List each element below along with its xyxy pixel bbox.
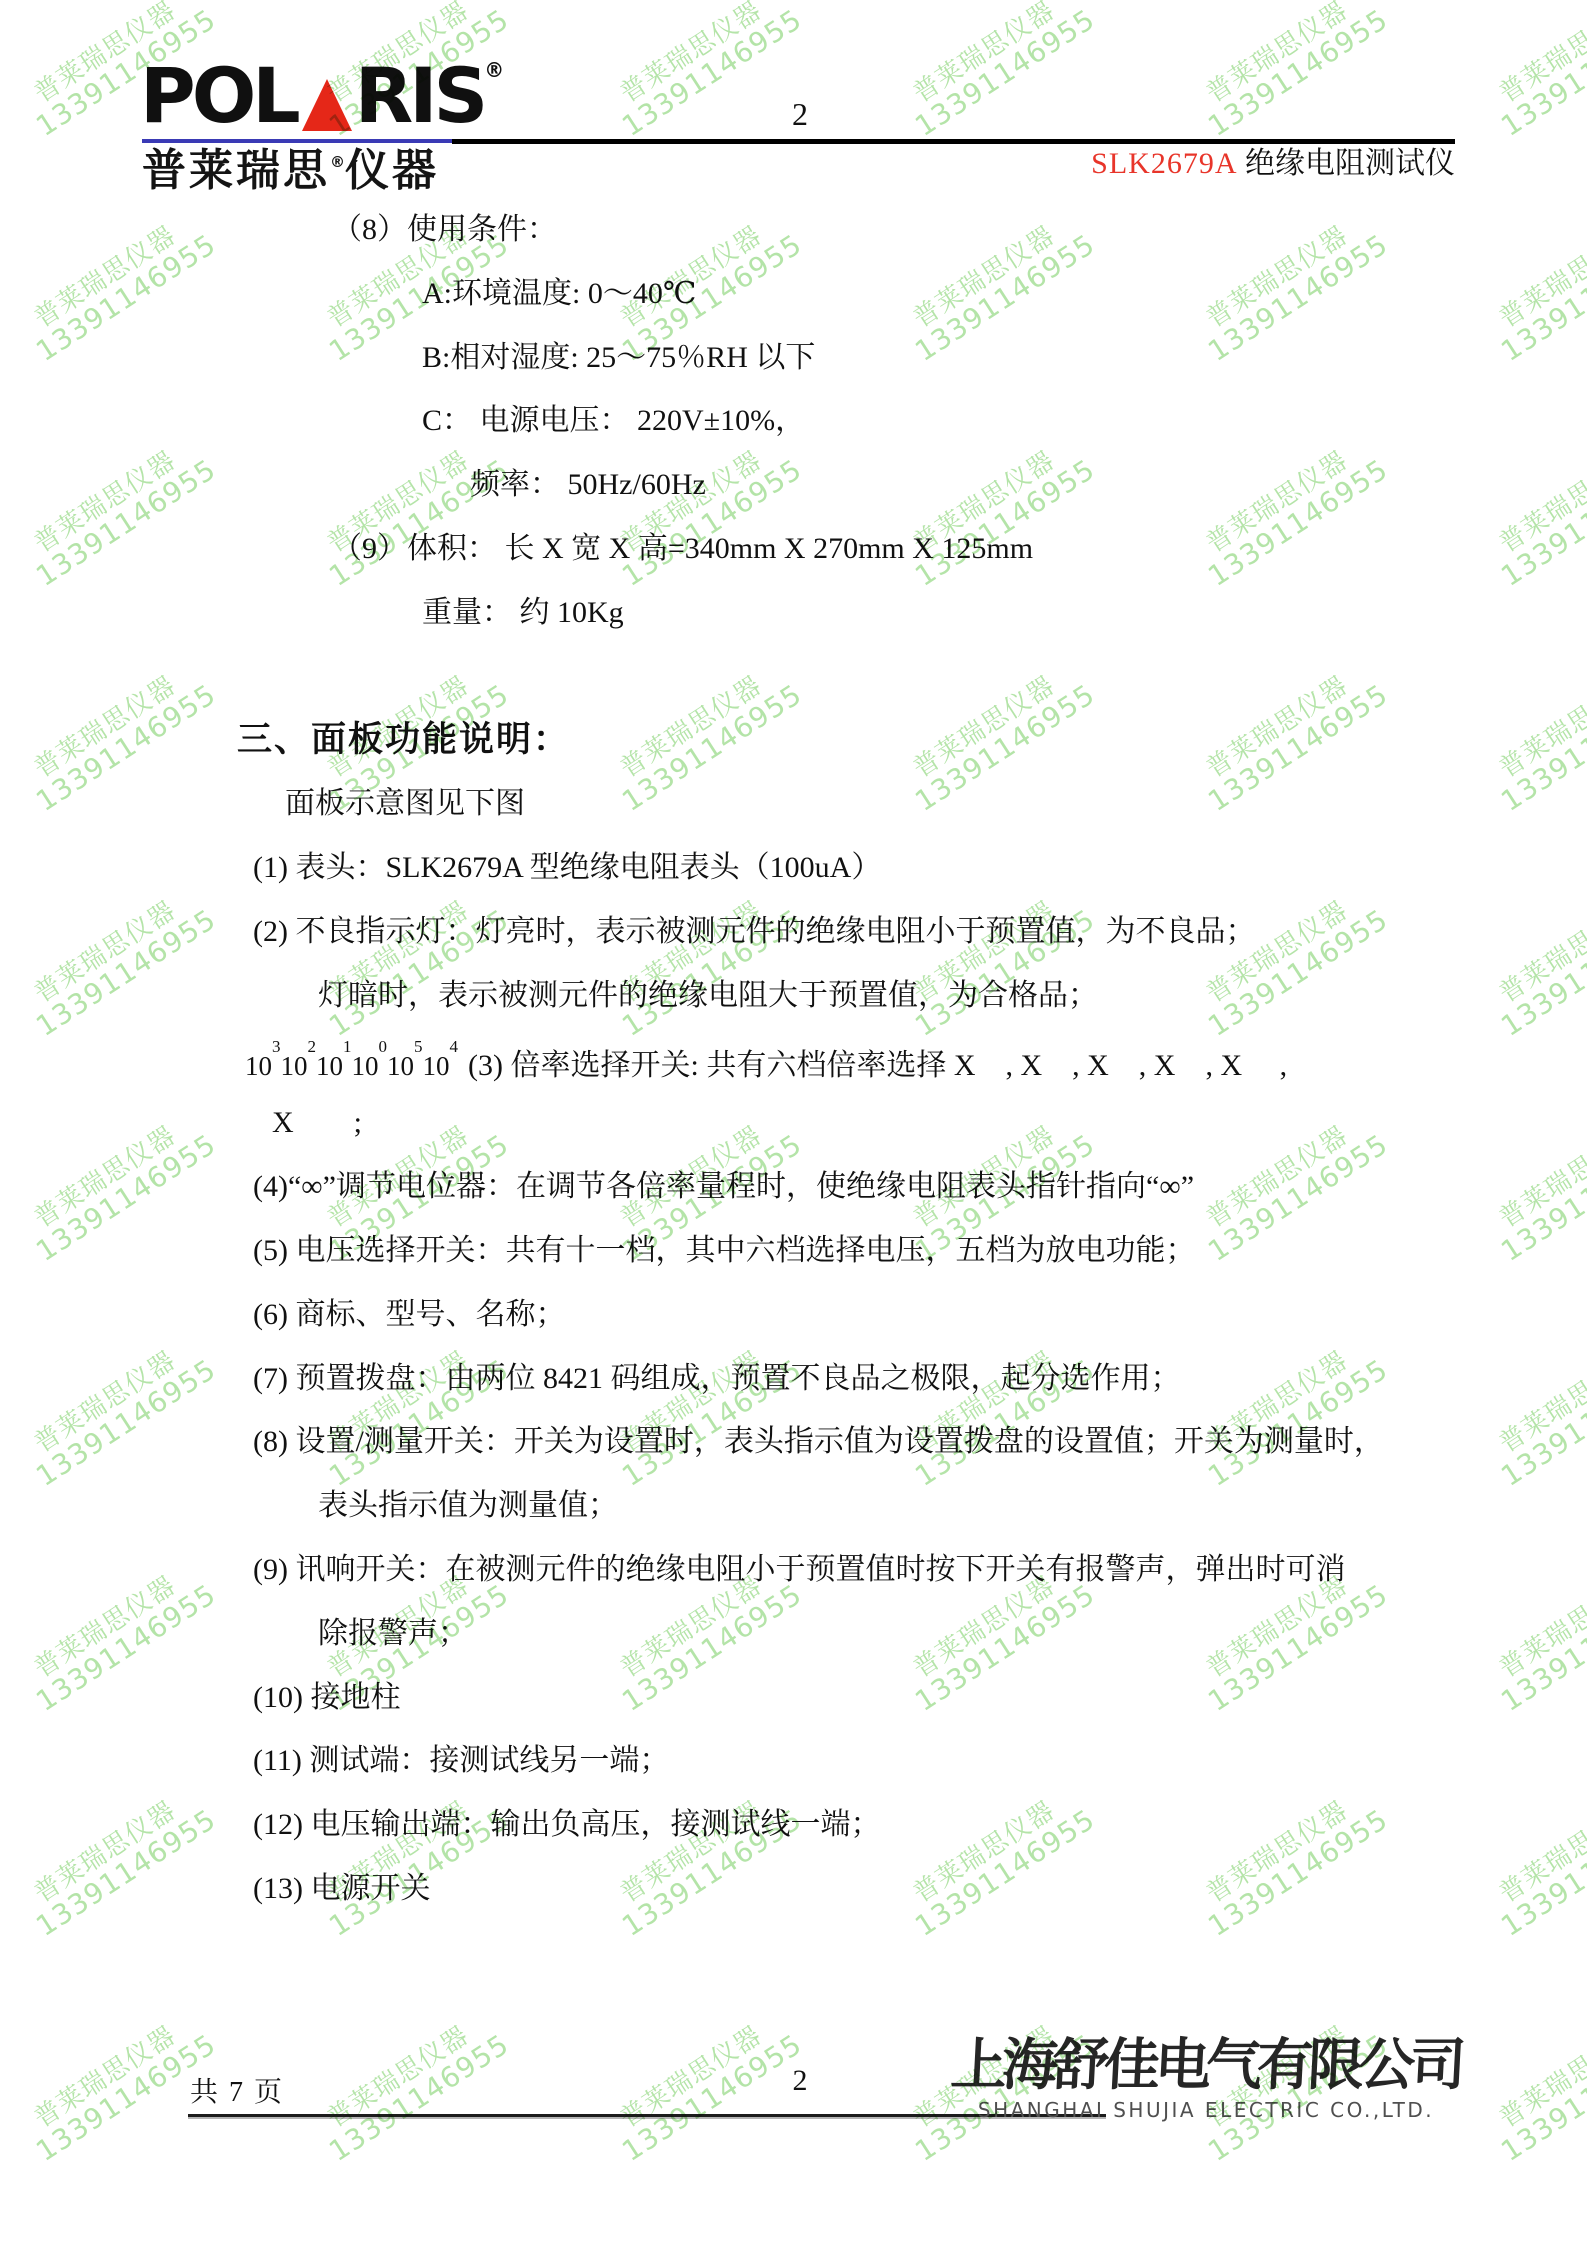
text-line: (1) 表头：SLK2679A 型绝缘电阻表头（100uA） [0, 836, 1587, 900]
text-line: (12) 电压输出端：输出负高压，接测试线一端； [0, 1793, 1587, 1857]
logo-chinese-name: 普莱瑞思®仪器 [142, 147, 439, 195]
text-line: A:环境温度: 0～40℃ [0, 262, 1587, 326]
text-line: (7) 预置拨盘：由两位 8421 码组成，预置不良品之极限，起分选作用； [0, 1347, 1587, 1411]
text-line: 重量： 约 10Kg [0, 581, 1587, 645]
logo-text-end: RIS [355, 58, 485, 134]
section-heading: 三、面板功能说明： [0, 709, 1587, 773]
text-line: （8）使用条件： [0, 198, 1587, 262]
text-line: (6) 商标、型号、名称； [0, 1283, 1587, 1347]
text-line: (9) 讯响开关：在被测元件的绝缘电阻小于预置值时按下开关有报警声，弹出时可消 [0, 1538, 1587, 1602]
watermark-stamp: 普莱瑞思仪器13391146955 [323, 2006, 515, 2159]
multiplier-superscripts: 103102101100105104 [245, 1051, 458, 1081]
company-name-english: SHANGHAI SHUJIA ELECTRIC CO.,LTD. [951, 2098, 1461, 2122]
document-body: （8）使用条件：A:环境温度: 0～40℃B:相对湿度: 25～75％RH 以下… [0, 198, 1587, 1921]
text-line: (13) 电源开关 [0, 1857, 1587, 1921]
document-page: POLRIS® 普莱瑞思®仪器 2 SLK2679A 绝缘电阻测试仪 （8）使用… [0, 0, 1587, 2245]
footer-total-pages: 共 7 页 [190, 2070, 284, 2110]
doc-title-text: 绝缘电阻测试仪 [1238, 147, 1456, 180]
model-number: SLK2679A [1091, 147, 1237, 180]
footer-page-number: 2 [770, 2064, 830, 2098]
polaris-logo: POLRIS® [140, 58, 504, 134]
text-line: X ; [0, 1091, 1587, 1155]
text-line: 除报警声； [0, 1602, 1587, 1666]
text-line: 面板示意图见下图 [0, 772, 1587, 836]
text-line: (10) 接地柱 [0, 1666, 1587, 1730]
logo-chinese-bold: 普莱瑞思 [142, 145, 330, 196]
logo-text-start: POL [140, 58, 297, 134]
registered-mark-small: ® [330, 153, 345, 171]
watermark-stamp: 普莱瑞思仪器13391146955 [1495, 2006, 1587, 2159]
text-line: 表头指示值为测量值； [0, 1474, 1587, 1538]
header-page-number: 2 [770, 96, 830, 133]
watermark-stamp: 普莱瑞思仪器13391146955 [1495, 0, 1587, 134]
text-line: （9）体积： 长 X 宽 X 高=340mm X 270mm X 125mm [0, 517, 1587, 581]
text-line: B:相对湿度: 25～75％RH 以下 [0, 326, 1587, 390]
company-name-chinese: 上海舒佳电气有限公司 [950, 2038, 1463, 2094]
text-line: (4)“∞”调节电位器：在调节各倍率量程时，使绝缘电阻表头指针指向“∞” [0, 1155, 1587, 1219]
text-line: 灯暗时，表示被测元件的绝缘电阻大于预置值，为合格品； [0, 964, 1587, 1028]
logo-triangle-icon [302, 79, 352, 131]
logo-chinese-rest: 仪器 [345, 145, 439, 196]
text-line: (2) 不良指示灯：灯亮时，表示被测元件的绝缘电阻小于预置值，为不良品； [0, 900, 1587, 964]
text-line: C： 电源电压： 220V±10%， [0, 389, 1587, 453]
text-line: (8) 设置/测量开关：开关为设置时，表头指示值为设置拨盘的设置值；开关为测量时… [0, 1410, 1587, 1474]
company-logo: 上海舒佳电气有限公司 SHANGHAI SHUJIA ELECTRIC CO.,… [951, 2038, 1461, 2122]
text-line: 频率： 50Hz/60Hz [0, 453, 1587, 517]
text-line: (5) 电压选择开关：共有十一档，其中六档选择电压，五档为放电功能； [0, 1219, 1587, 1283]
text-line: (11) 测试端：接测试线另一端； [0, 1729, 1587, 1793]
registered-mark: ® [484, 60, 504, 80]
text-line: 103102101100105104(3) 倍率选择开关: 共有六档倍率选择 X… [0, 1028, 1587, 1092]
logo-underline [142, 139, 452, 143]
